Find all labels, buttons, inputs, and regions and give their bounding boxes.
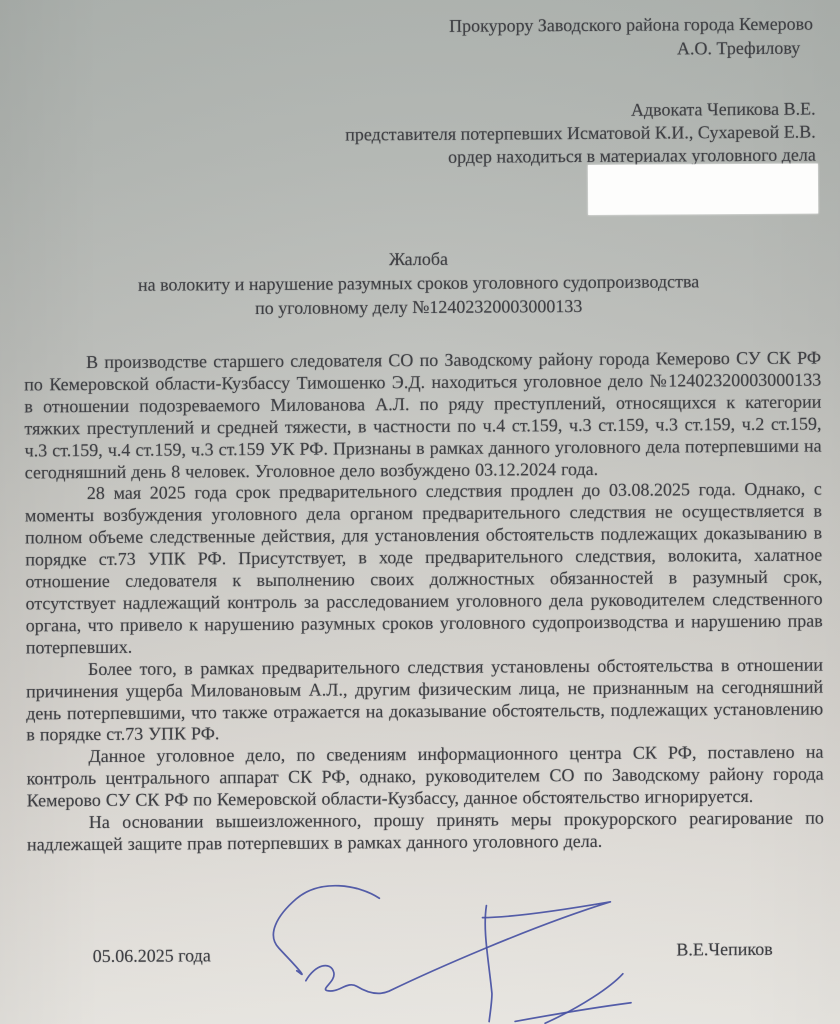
body-paragraph: Более того, в рамках предварительного сл… [26,654,824,746]
recipient-line: А.О. Трефилову [449,36,813,62]
body-paragraph: 28 мая 2025 года срок предварительного с… [25,479,823,659]
applicant-block: Адвоката Чепикова В.Е. представителя пот… [345,98,816,170]
signatory-name: В.Е.Чепиков [676,939,772,961]
body-paragraph: На основании вышеизложенного, прошу прин… [27,808,824,857]
recipient-block: Прокурору Заводского района города Кемер… [449,12,813,62]
applicant-line: Адвоката Чепикова В.Е. [345,98,816,124]
body-text: В производстве старшего следователя СО п… [24,348,824,857]
recipient-line: Прокурору Заводского района города Кемер… [449,12,813,38]
applicant-line: представителя потерпевших Исматовой К.И.… [345,121,816,147]
title-line: по уголовному делу №12402320003000133 [0,292,839,321]
redaction-box [588,164,818,215]
complaint-page: Прокурору Заводского района города Кемер… [0,0,840,1024]
document-title: Жалоба на волокиту и нарушение разумных … [0,244,839,321]
date-line: 05.06.2025 года [93,945,211,967]
signature-ink [258,874,679,1024]
body-paragraph: Данное уголовное дело, по сведениям инфо… [26,742,823,813]
document-photo: Прокурору Заводского района города Кемер… [0,0,840,1024]
body-paragraph: В производстве старшего следователя СО п… [24,348,822,484]
